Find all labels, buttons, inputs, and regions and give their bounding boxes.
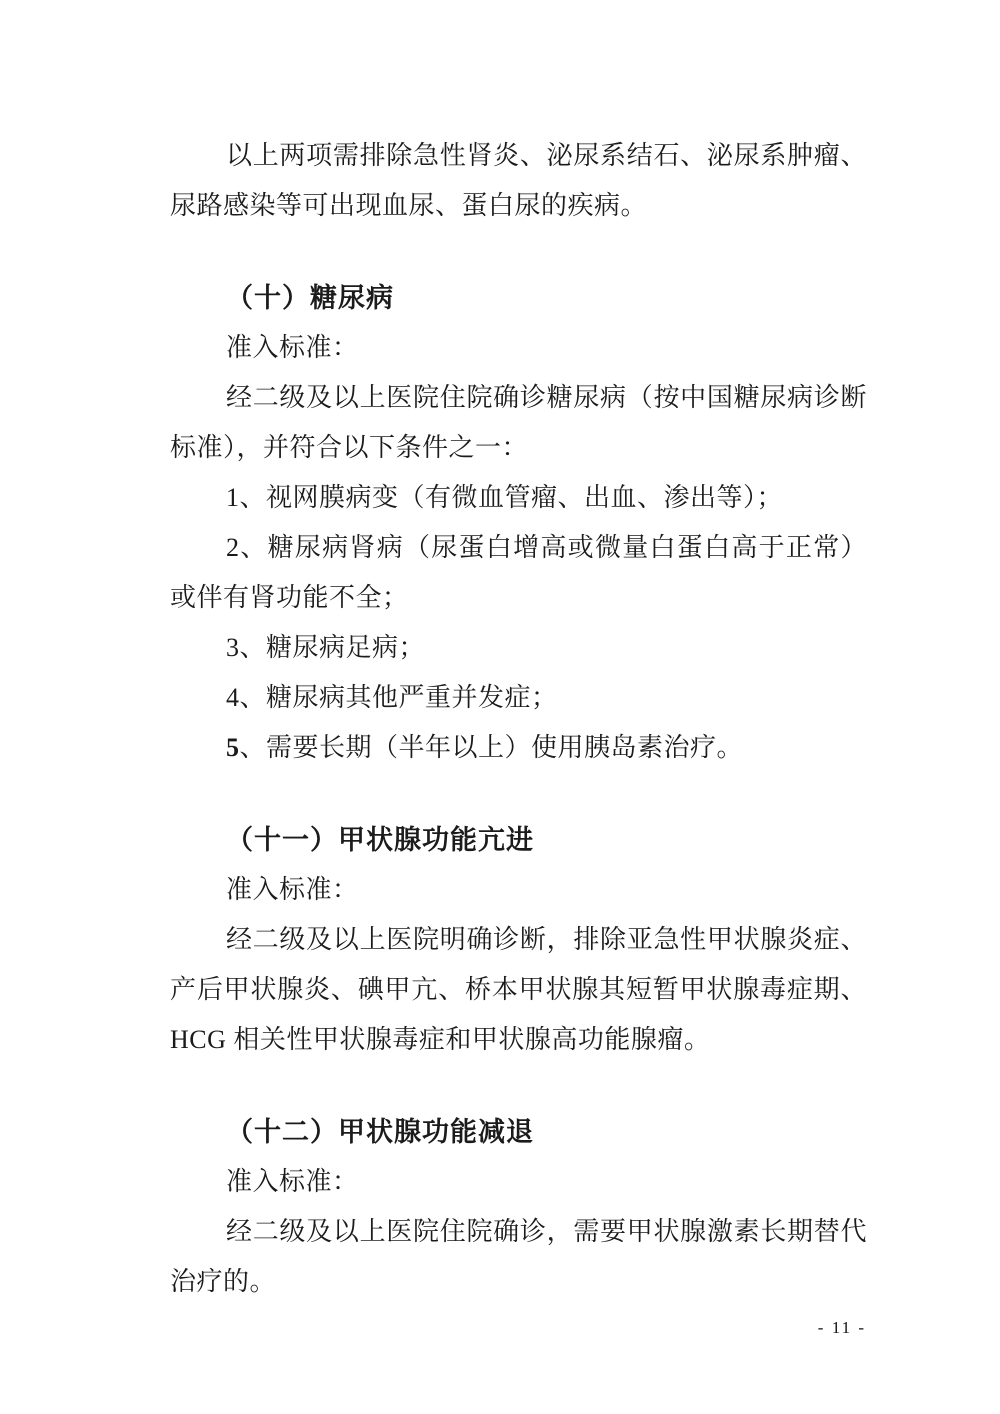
list-item-5-text: 、需要长期（半年以上）使用胰岛素治疗。 <box>240 733 744 762</box>
intro-paragraph-line-1: 以上两项需排除急性肾炎、泌尿系结石、泌尿系肿瘤、 <box>170 131 867 181</box>
section-10-paragraph-line-1: 经二级及以上医院住院确诊糖尿病（按中国糖尿病诊断 <box>170 373 867 423</box>
section-11-paragraph-line-1: 经二级及以上医院明确诊断，排除亚急性甲状腺炎症、 <box>170 915 867 965</box>
admission-criteria-label-10: 准入标准： <box>170 323 867 373</box>
admission-criteria-label-11: 准入标准： <box>170 865 867 915</box>
section-10-list-item-5: 5、需要长期（半年以上）使用胰岛素治疗。 <box>170 723 867 773</box>
document-body: 以上两项需排除急性肾炎、泌尿系结石、泌尿系肿瘤、 尿路感染等可出现血尿、蛋白尿的… <box>170 131 867 1307</box>
document-page: 以上两项需排除急性肾炎、泌尿系结石、泌尿系肿瘤、 尿路感染等可出现血尿、蛋白尿的… <box>0 0 1000 1414</box>
admission-criteria-label-12: 准入标准： <box>170 1157 867 1207</box>
section-heading-10-diabetes: （十）糖尿病 <box>170 273 867 323</box>
section-11-paragraph-line-2: 产后甲状腺炎、碘甲亢、桥本甲状腺其短暂甲状腺毒症期、 <box>170 965 867 1015</box>
section-10-list-item-4: 4、糖尿病其他严重并发症； <box>170 673 867 723</box>
page-number: - 11 - <box>818 1318 866 1338</box>
section-10-list-item-2-line-1: 2、糖尿病肾病（尿蛋白增高或微量白蛋白高于正常） <box>170 523 867 573</box>
section-10-list-item-3: 3、糖尿病足病； <box>170 623 867 673</box>
section-10-list-item-2-line-2: 或伴有肾功能不全； <box>170 573 867 623</box>
section-11-paragraph-line-3: HCG 相关性甲状腺毒症和甲状腺高功能腺瘤。 <box>170 1015 867 1065</box>
section-12-paragraph-line-2: 治疗的。 <box>170 1257 867 1307</box>
section-heading-11-hyperthyroidism: （十一）甲状腺功能亢进 <box>170 815 867 865</box>
section-10-paragraph-line-2: 标准），并符合以下条件之一： <box>170 423 867 473</box>
list-item-5-number: 5 <box>226 733 240 762</box>
section-10-list-item-1: 1、视网膜病变（有微血管瘤、出血、渗出等）； <box>170 473 867 523</box>
section-12-paragraph-line-1: 经二级及以上医院住院确诊，需要甲状腺激素长期替代 <box>170 1207 867 1257</box>
section-heading-12-hypothyroidism: （十二）甲状腺功能减退 <box>170 1107 867 1157</box>
intro-paragraph-line-2: 尿路感染等可出现血尿、蛋白尿的疾病。 <box>170 181 867 231</box>
